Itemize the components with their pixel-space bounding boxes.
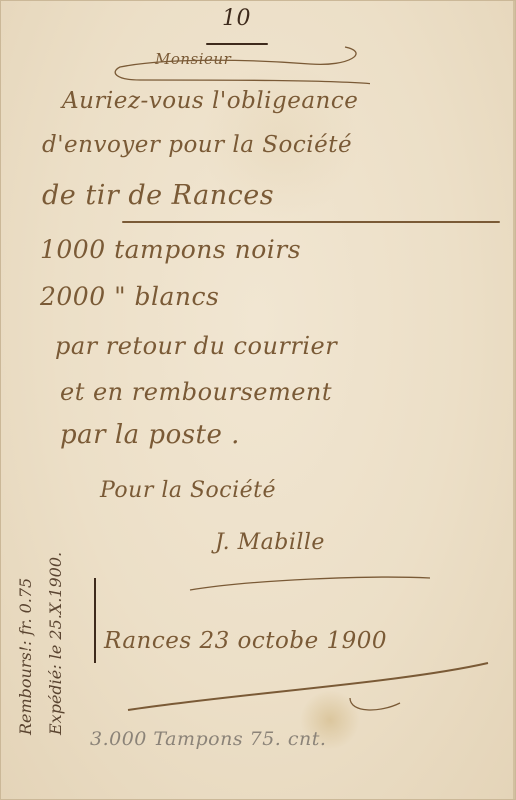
salutation-flourish [110, 42, 370, 87]
rances-underline [122, 221, 500, 223]
postcard: 10 Monsieur Auriez-vous l'obligeance d'e… [0, 0, 516, 800]
body-line-6: par retour du courrier [55, 332, 337, 360]
margin-vertical-line [94, 578, 96, 663]
closing: Pour la Société [100, 478, 276, 503]
margin-note-reimbursement: Rembours!: fr. 0.75 [16, 578, 35, 735]
body-line-4: 1000 tampons noirs [40, 235, 301, 264]
date-flourish [120, 658, 500, 718]
body-line-5: 2000 " blancs [40, 282, 219, 311]
body-line-3: de tir de Rances [42, 180, 274, 211]
body-line-2: d'envoyer pour la Société [42, 132, 352, 158]
signature: J. Mabille [215, 530, 325, 555]
body-line-1: Auriez-vous l'obligeance [62, 88, 358, 114]
margin-note-shipped: Expédié: le 25.X.1900. [46, 552, 65, 735]
signature-flourish [170, 560, 440, 600]
place-date: Rances 23 octobe 1900 [104, 628, 387, 654]
pencil-note: 3.000 Tampons 75. cnt. [90, 728, 326, 750]
page-number: 10 [222, 6, 251, 31]
body-line-7: et en remboursement [60, 378, 332, 406]
body-line-8: par la poste . [60, 420, 240, 450]
